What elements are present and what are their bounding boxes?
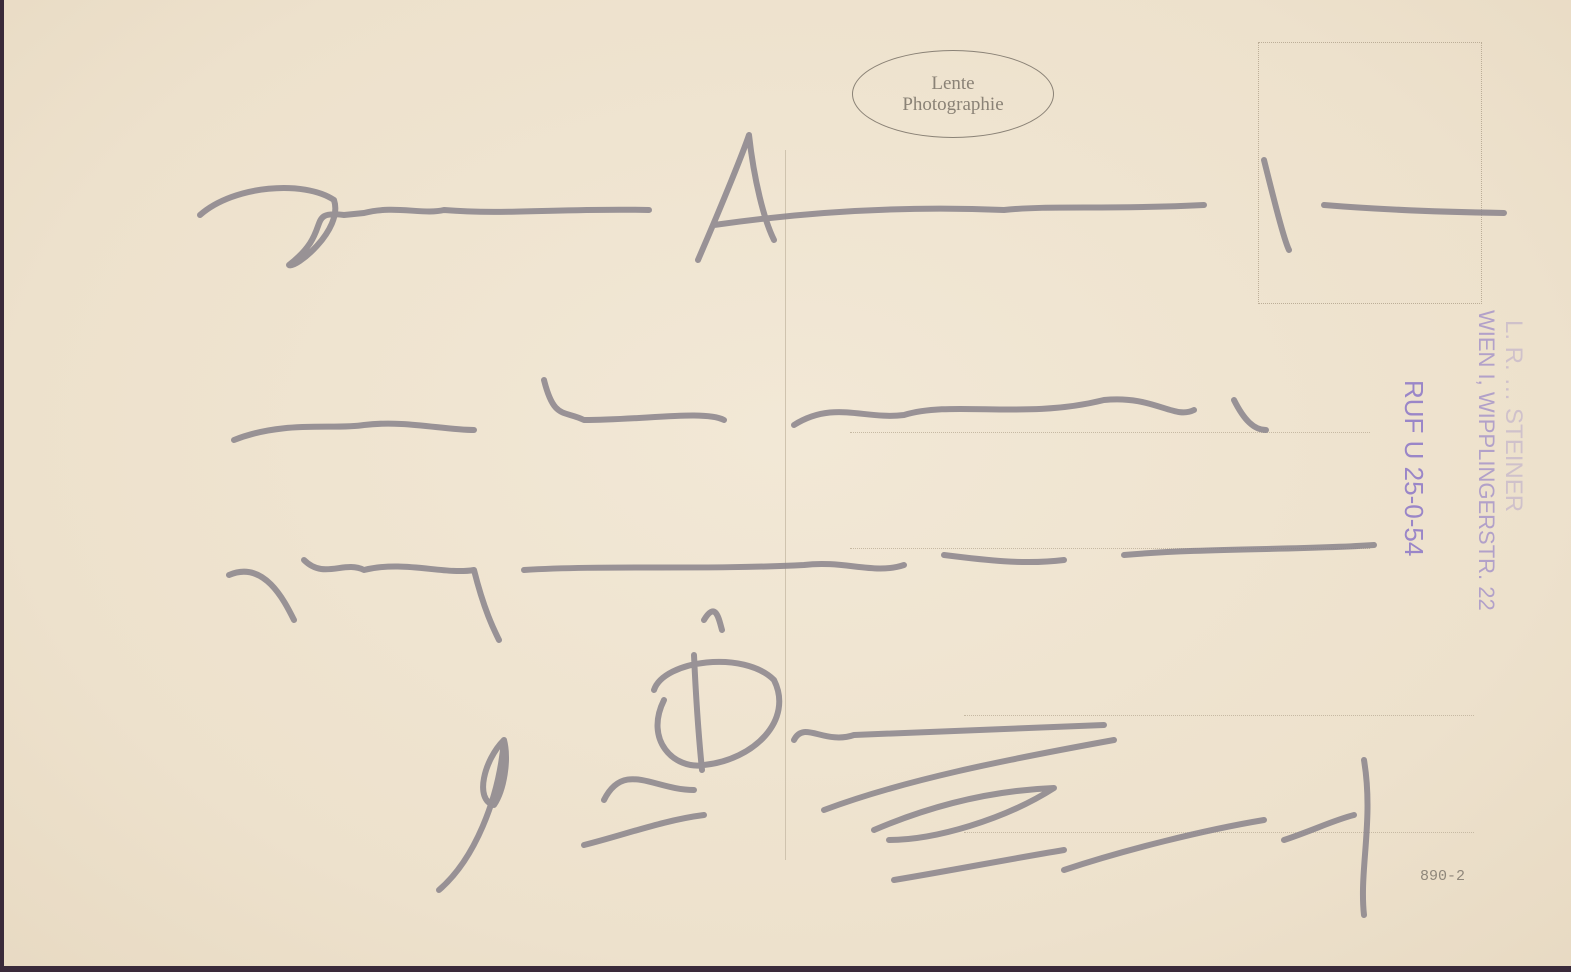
postcard-back: Lente Photographie 890-2 L. R. … STEINER… — [4, 0, 1571, 966]
handwriting-strokes — [4, 0, 1571, 966]
